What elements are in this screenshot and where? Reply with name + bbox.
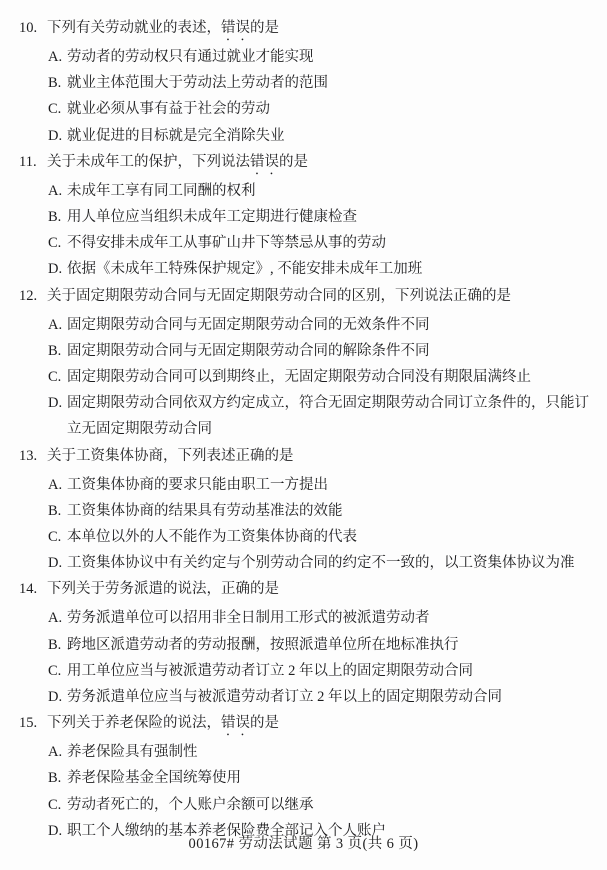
option-label: B. [48,632,67,658]
option-label: A. [48,312,67,338]
option-row: C.用工单位应当与被派遣劳动者订立 2 年以上的固定期限劳动合同 [48,658,607,684]
question-13: 13. 关于工资集体协商，下列表述正确的是 A.工资集体协商的要求只能由职工一方… [0,443,607,577]
option-row: D.工资集体协议中有关约定与个别劳动合同的约定不一致的，以工资集体协议为准 [48,550,607,576]
option-text: 就业促进的目标就是完全消除失业 [67,123,285,149]
option-row: A.固定期限劳动合同与无固定期限劳动合同的无效条件不同 [48,312,607,338]
option-row: B.养老保险基金全国统筹使用 [48,765,607,791]
question-stem: 下列关于劳务派遣的说法，正确的是 [47,576,279,605]
option-label: B. [48,70,67,96]
question-stem-row: 14. 下列关于劳务派遣的说法，正确的是 [0,576,607,605]
question-stem: 下列关于养老保险的说法，错误的是 [47,710,279,739]
option-row: D.就业促进的目标就是完全消除失业 [48,123,607,149]
option-label: B. [48,338,67,364]
option-label: D. [48,550,67,576]
option-label: A. [48,44,67,70]
stem-emphasized-text: 错误 [221,715,250,731]
option-row: A.工资集体协商的要求只能由职工一方提出 [48,472,607,498]
option-label: D. [48,256,67,282]
stem-text: 下列关于养老保险的说法， [47,715,221,731]
stem-text: 下列有关劳动就业的表述， [47,20,221,36]
option-row: D.固定期限劳动合同依双方约定成立，符合无固定期限劳动合同订立条件的，只能订 [48,390,607,416]
option-row: B.就业主体范围大于劳动法上劳动者的范围 [48,70,607,96]
stem-text: 下列关于劳务派遣的说法，正确的是 [47,581,279,597]
option-row: A.劳务派遣单位可以招用非全日制用工形式的被派遣劳动者 [48,605,607,631]
option-text: 固定期限劳动合同与无固定期限劳动合同的无效条件不同 [67,312,430,338]
option-row: C.就业必须从事有益于社会的劳动 [48,96,607,122]
option-text: 本单位以外的人不能作为工资集体协商的代表 [67,524,357,550]
option-text: 劳动者死亡的，个人账户余额可以继承 [67,792,314,818]
stem-text: 关于固定期限劳动合同与无固定期限劳动合同的区别，下列说法正确的是 [47,288,511,304]
question-number: 14. [19,576,47,605]
option-row: D.依据《未成年工特殊保护规定》, 不能安排未成年工加班 [48,256,607,282]
option-text: 劳务派遣单位应当与被派遣劳动者订立 2 年以上的固定期限劳动合同 [67,684,502,710]
option-label: C. [48,96,67,122]
option-label: C. [48,230,67,256]
stem-text: 关于工资集体协商，下列表述正确的是 [47,448,294,464]
option-row: D.劳务派遣单位应当与被派遣劳动者订立 2 年以上的固定期限劳动合同 [48,684,607,710]
question-number: 11. [19,149,47,178]
option-text: 工资集体协商的要求只能由职工一方提出 [67,472,328,498]
option-label: C. [48,524,67,550]
option-row: A.未成年工享有同工同酬的权利 [48,178,607,204]
option-label: B. [48,765,67,791]
stem-text: 的是 [279,154,308,170]
question-stem: 下列有关劳动就业的表述，错误的是 [47,15,279,44]
question-15: 15. 下列关于养老保险的说法，错误的是 A.养老保险具有强制性 B.养老保险基… [0,710,607,844]
option-text: 劳动者的劳动权只有通过就业才能实现 [67,44,314,70]
question-stem-row: 12. 关于固定期限劳动合同与无固定期限劳动合同的区别，下列说法正确的是 [0,283,607,312]
option-row: C.不得安排未成年工从事矿山井下等禁忌从事的劳动 [48,230,607,256]
option-row: A.劳动者的劳动权只有通过就业才能实现 [48,44,607,70]
option-row: B.跨地区派遣劳动者的劳动报酬，按照派遣单位所在地标准执行 [48,632,607,658]
option-label: A. [48,472,67,498]
option-row: A.养老保险具有强制性 [48,739,607,765]
option-text: 跨地区派遣劳动者的劳动报酬，按照派遣单位所在地标准执行 [67,632,459,658]
question-stem-row: 11. 关于未成年工的保护，下列说法错误的是 [0,149,607,178]
option-label: C. [48,792,67,818]
option-text-continuation: 立无固定期限劳动合同 [67,416,607,442]
stem-text: 关于未成年工的保护，下列说法 [47,154,250,170]
question-number: 15. [19,710,47,739]
option-label: D. [48,390,67,416]
option-label: A. [48,178,67,204]
question-number: 10. [19,15,47,44]
option-row: C.固定期限劳动合同可以到期终止，无固定期限劳动合同没有期限届满终止 [48,364,607,390]
question-number: 12. [19,283,47,312]
stem-text: 的是 [250,20,279,36]
option-label: A. [48,605,67,631]
question-number: 13. [19,443,47,472]
question-stem: 关于固定期限劳动合同与无固定期限劳动合同的区别，下列说法正确的是 [47,283,511,312]
option-label: B. [48,498,67,524]
option-text: 就业主体范围大于劳动法上劳动者的范围 [67,70,328,96]
option-text: 固定期限劳动合同可以到期终止，无固定期限劳动合同没有期限届满终止 [67,364,531,390]
question-14: 14. 下列关于劳务派遣的说法，正确的是 A.劳务派遣单位可以招用非全日制用工形… [0,576,607,710]
option-row: C.劳动者死亡的，个人账户余额可以继承 [48,792,607,818]
stem-emphasized-text: 错误 [221,20,250,36]
page-footer: 00167# 劳动法试题 第 3 页(共 6 页) [0,832,607,856]
question-stem: 关于工资集体协商，下列表述正确的是 [47,443,294,472]
option-text: 依据《未成年工特殊保护规定》, 不能安排未成年工加班 [67,256,422,282]
option-row: B.固定期限劳动合同与无固定期限劳动合同的解除条件不同 [48,338,607,364]
question-10: 10. 下列有关劳动就业的表述，错误的是 A.劳动者的劳动权只有通过就业才能实现… [0,15,607,149]
option-label: C. [48,658,67,684]
question-stem-row: 13. 关于工资集体协商，下列表述正确的是 [0,443,607,472]
option-text: 未成年工享有同工同酬的权利 [67,178,256,204]
option-text: 养老保险基金全国统筹使用 [67,765,241,791]
option-text: 工资集体协商的结果具有劳动基准法的效能 [67,498,343,524]
stem-emphasized-text: 错误 [250,154,279,170]
option-text: 养老保险具有强制性 [67,739,198,765]
option-label: D. [48,123,67,149]
option-row: C.本单位以外的人不能作为工资集体协商的代表 [48,524,607,550]
stem-text: 的是 [250,715,279,731]
option-text: 用工单位应当与被派遣劳动者订立 2 年以上的固定期限劳动合同 [67,658,473,684]
question-stem-row: 15. 下列关于养老保险的说法，错误的是 [0,710,607,739]
question-12: 12. 关于固定期限劳动合同与无固定期限劳动合同的区别，下列说法正确的是 A.固… [0,283,607,443]
option-text: 用人单位应当组织未成年工定期进行健康检查 [67,204,357,230]
option-label: A. [48,739,67,765]
option-row: B.工资集体协商的结果具有劳动基准法的效能 [48,498,607,524]
question-11: 11. 关于未成年工的保护，下列说法错误的是 A.未成年工享有同工同酬的权利 B… [0,149,607,283]
exam-page: 10. 下列有关劳动就业的表述，错误的是 A.劳动者的劳动权只有通过就业才能实现… [0,0,607,870]
question-stem-row: 10. 下列有关劳动就业的表述，错误的是 [0,15,607,44]
exam-questions: 10. 下列有关劳动就业的表述，错误的是 A.劳动者的劳动权只有通过就业才能实现… [0,0,607,844]
option-label: D. [48,684,67,710]
option-row: B.用人单位应当组织未成年工定期进行健康检查 [48,204,607,230]
option-text: 固定期限劳动合同依双方约定成立，符合无固定期限劳动合同订立条件的，只能订 [67,390,589,416]
option-text: 就业必须从事有益于社会的劳动 [67,96,270,122]
option-text: 固定期限劳动合同与无固定期限劳动合同的解除条件不同 [67,338,430,364]
option-text: 工资集体协议中有关约定与个别劳动合同的约定不一致的，以工资集体协议为准 [67,550,575,576]
option-text: 劳务派遣单位可以招用非全日制用工形式的被派遣劳动者 [67,605,430,631]
option-label: B. [48,204,67,230]
option-label: C. [48,364,67,390]
question-stem: 关于未成年工的保护，下列说法错误的是 [47,149,308,178]
option-text: 不得安排未成年工从事矿山井下等禁忌从事的劳动 [67,230,386,256]
